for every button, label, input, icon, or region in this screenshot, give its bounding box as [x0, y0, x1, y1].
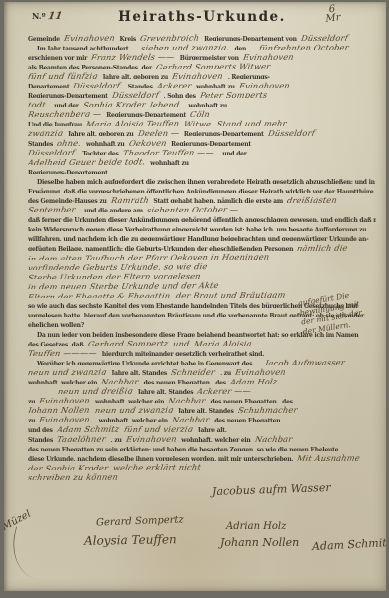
- handwritten-text: fünf und vierzig: [123, 425, 194, 432]
- handwritten-text: Gerhard Somperts Witwer: [155, 62, 271, 69]
- text-line: Regierungs-DepartementDüsseldorf, Sohn d…: [28, 88, 376, 98]
- text-line: Johann Nollenneun und zwanzigJahre alt, …: [28, 403, 376, 413]
- printed-text: Gemeinde: [28, 36, 60, 41]
- handwritten-text: Nachbar: [171, 416, 210, 423]
- printed-text: , und der: [219, 151, 247, 156]
- text-line: des neuen Ehegatten zu sein erklärten; u…: [28, 442, 376, 452]
- handwritten-text: ohne,: [56, 139, 82, 146]
- text-line: Sterbe Urkunden der Eltern vorgelesen: [28, 270, 376, 280]
- handwritten-text: neun und zwanzig: [28, 368, 107, 375]
- handwritten-text: Oekoven: [128, 139, 167, 146]
- printed-text: wohnhaft zu: [150, 160, 189, 165]
- handwritten-text: Düsseldorf: [267, 129, 315, 136]
- handwritten-text: Maria Aloisia: [193, 339, 252, 346]
- handwritten-text: Nachbar: [254, 435, 293, 442]
- signature-witness-johann: Johann Nollen: [220, 536, 299, 549]
- text-line: Worüber ich gegenwärtige Urkunde erricht…: [28, 356, 376, 366]
- printed-text: Standes: [28, 141, 53, 146]
- handwritten-text: Franz Wendels ——: [90, 53, 175, 60]
- corner-annotation-line2: Mr: [325, 13, 341, 24]
- handwritten-text: Schneider: [170, 368, 216, 375]
- handwritten-text: Evinghoven: [63, 34, 116, 41]
- document-content: N.º 11 Heiraths-Urkunde. 6 Mr GemeindeEv…: [28, 7, 376, 480]
- text-line: todt, und derSophia Kroderlebend, wohnha…: [28, 98, 376, 108]
- document-paper: N.º 11 Heiraths-Urkunde. 6 Mr GemeindeEv…: [4, 2, 386, 591]
- text-line: kein Widerspruch gegen diese Verheirathu…: [28, 222, 376, 232]
- handwritten-text: Deelen —: [137, 129, 180, 136]
- text-line: zwanzigJahre alt, geboren zuDeelen —Regi…: [28, 126, 376, 136]
- handwritten-text: Theodor Teuffen ——: [122, 148, 215, 155]
- text-line: Dieselbe haben mich aufgefordert die zwi…: [28, 174, 376, 184]
- text-line: zuEvinghoven, wohnhaft, welcher einNachb…: [28, 413, 376, 423]
- handwritten-text: zwanzig: [28, 129, 64, 136]
- handwritten-text: lebend: [150, 101, 181, 108]
- text-line: Adelheid Geuer beide todt.wohnhaft zu: [28, 155, 376, 165]
- handwritten-text: Adam Schmitz: [56, 425, 120, 432]
- handwritten-text: Evinghoven: [125, 435, 177, 442]
- text-line: Düsseldorf,Tochter desTheodor Teuffen ——…: [28, 146, 376, 156]
- handwritten-text: in dem alten Taufbuch der Pfarr Oekoven …: [28, 252, 270, 260]
- handwritten-text: Nachbar: [167, 397, 206, 404]
- handwritten-text: fünf und fünfzig: [28, 72, 98, 79]
- handwritten-text: Teuffen ————: [28, 349, 98, 356]
- text-line: wohnhaft, welcher einNachbardes neuen Eh…: [28, 375, 376, 385]
- text-line: diese Urkunde, nachdem dieselbe ihnen vo…: [28, 451, 376, 461]
- text-line: in dem neuen Sterbe Urkunde und der Akte: [28, 279, 376, 289]
- handwritten-text: Mit Ausnahme: [296, 454, 360, 461]
- text-line: Regierungs-Departement: [28, 165, 376, 175]
- handwritten-text: Ramrath: [110, 196, 149, 203]
- text-line: gefügten Beilage, namentlich: die Geburt…: [28, 241, 376, 251]
- text-line: zuEvinghovenwohnhaft, welcher einNachbar…: [28, 394, 376, 404]
- printed-text: diese Urkunde, nachdem dieselbe ihnen vo…: [28, 456, 293, 461]
- signature-witness-jacob: Jacobus aufm Wasser: [212, 481, 331, 498]
- printed-text: wohnhaft zu: [86, 141, 125, 146]
- handwritten-text: Gerhard Sompertz: [87, 339, 169, 346]
- printed-text: Regierungs-Departement: [171, 141, 251, 146]
- printed-text: Bürgermeister von: [180, 55, 239, 60]
- handwritten-text: schreiben zu können: [28, 473, 119, 480]
- handwritten-text: der Sophia Kroder, welche erklärt nicht: [28, 463, 202, 470]
- text-line: StandesTagelöhner, zuEvinghovenwohnhaft,…: [28, 432, 376, 442]
- printed-text: Standes: [28, 437, 53, 442]
- text-line: des Gemeinde-Hauses zuRamrathStatt gehab…: [28, 193, 376, 203]
- handwritten-text: Evinghoven: [171, 72, 223, 79]
- printed-text: erschienen vor mir: [28, 55, 87, 60]
- document-header: N.º 11 Heiraths-Urkunde. 6 Mr: [28, 7, 376, 31]
- signature-groom: Gerard Sompertz: [96, 514, 184, 528]
- corner-annotation: 6 Mr: [324, 4, 341, 23]
- signature-flourish: [5, 526, 50, 579]
- handwritten-text: September: [28, 206, 76, 213]
- handwritten-text: Düsseldorf: [111, 91, 159, 98]
- handwritten-text: Sophia Kroder: [82, 101, 146, 108]
- printed-text: wohnhaft, welcher ein: [181, 437, 250, 442]
- handwritten-text: siebenten October —: [146, 205, 239, 212]
- handwritten-text: nämlich die: [296, 244, 348, 251]
- signature-witness-adrian: Adrian Holz: [226, 521, 286, 532]
- printed-text: Kreis: [119, 36, 136, 41]
- handwritten-text: Reuschenberg —: [28, 110, 102, 117]
- handwritten-text: in dem neuen Sterbe Urkunde und der Akte: [28, 281, 219, 289]
- handwritten-text: neun und dreißig: [57, 387, 134, 394]
- text-line: neun und dreißigJahre alt, StandesAckere…: [28, 384, 376, 394]
- handwritten-text: Adelheid Geuer beide todt.: [28, 157, 146, 164]
- handwritten-text: dreißigsten: [286, 196, 337, 203]
- text-line: erschienen vor mirFranz Wendels ——Bürger…: [28, 50, 376, 60]
- handwritten-text: Düsseldorf,: [28, 148, 78, 155]
- handwritten-text: fünfzehnten October: [249, 43, 349, 50]
- handwritten-text: Evinghoven: [38, 397, 90, 404]
- handwritten-text: Evinghoven: [238, 81, 290, 88]
- text-line: der Sophia Kroder, welche erklärt nicht: [28, 461, 376, 471]
- scanned-marriage-certificate: { "document": { "number_label": "N.º", "…: [0, 0, 389, 598]
- handwritten-text: Nachbar: [100, 377, 139, 384]
- handwritten-text: Cöln: [189, 110, 211, 117]
- handwritten-text: Ackerer: [156, 82, 192, 89]
- printed-text: hierdurch miteinander gesetzlich verheir…: [102, 351, 264, 356]
- text-line: vorfindende Geburts Urkunde, so wie die: [28, 260, 376, 270]
- handwritten-text: und: [172, 339, 190, 346]
- handwritten-text: vorfindende Geburts Urkunde, so wie die: [28, 262, 208, 269]
- text-line: September, und die andere amsiebenten Oc…: [28, 203, 376, 213]
- text-line: GemeindeEvinghovenKreisGrevenbroichRegie…: [28, 31, 376, 41]
- text-line: des Gesetzes, daßGerhard SompertzundMari…: [28, 337, 376, 347]
- text-line: in dem alten Taufbuch der Pfarr Oekoven …: [28, 251, 376, 261]
- text-line: Und die JungfrauMaria Aloisia TeuffenWit…: [28, 117, 376, 127]
- text-line: daß ferner die Urkunden dieser Ankündigu…: [28, 212, 376, 222]
- handwritten-text: Eltern der Ehegatte & Ehegattin, der Bra…: [28, 290, 286, 298]
- text-line: als Beamten des Personen-Standes, derGer…: [28, 60, 376, 70]
- text-line: fünf und fünfzigJahre alt, geboren zuEvi…: [28, 69, 376, 79]
- handwritten-text: Johann Nollen: [28, 406, 90, 413]
- handwritten-text: sieben und zwanzig,: [132, 43, 231, 50]
- handwritten-text: Evinghoven: [234, 368, 286, 375]
- text-line: Teuffen ————hierdurch miteinander gesetz…: [28, 346, 376, 356]
- text-line: Erwägung, daß die vorgeschriebenen öffen…: [28, 184, 376, 194]
- printed-text: gefügten Beilage, namentlich: die Geburt…: [28, 246, 293, 251]
- handwritten-text: Ackerer ——: [197, 387, 253, 394]
- text-line: Standesohne,wohnhaft zuOekovenRegierungs…: [28, 136, 376, 146]
- handwritten-text: Witwe, Stand und mehr: [183, 119, 287, 126]
- text-line: und desAdam Schmitzfünf und vierzigJahre…: [28, 422, 376, 432]
- text-line: Im Jahr tausend achthundertsieben und zw…: [28, 41, 376, 51]
- text-line: neun und zwanzigJahre alt, StandesSchnei…: [28, 365, 376, 375]
- signature-witness-adam: Adam Schmitz: [312, 536, 386, 553]
- handwritten-text: Düsseldorf,: [73, 81, 124, 88]
- handwritten-text: Maria Aloisia Teuffen: [85, 119, 180, 126]
- handwritten-text: Jacob Aufmwasser: [255, 358, 346, 365]
- handwritten-text: Düsseldorf: [300, 34, 348, 41]
- handwritten-text: Grevenbroich: [139, 34, 200, 41]
- handwritten-text: Schuhmacher: [237, 406, 298, 413]
- text-line: Reuschenberg —Regierungs-DepartementCöln: [28, 107, 376, 117]
- text-line: DepartementDüsseldorf,StandesAckererwohn…: [28, 79, 376, 89]
- handwritten-text: Sterbe Urkunden der Eltern vorgelesen: [28, 272, 201, 279]
- handwritten-text: Adam Holz: [229, 377, 278, 384]
- printed-text: Regierungs-Departement von: [204, 36, 297, 41]
- handwritten-text: Peter Somperts: [199, 91, 268, 98]
- handwritten-text: Tagelöhner: [56, 435, 106, 442]
- printed-text: , zu: [111, 437, 122, 442]
- handwritten-text: Evinghoven: [38, 416, 90, 423]
- signature-bride: Aloysia Teuffen: [84, 532, 177, 548]
- handwritten-text: neun und zwanzig: [94, 406, 174, 413]
- handwritten-text: Evinghoven: [242, 53, 294, 60]
- handwritten-text: todt: [28, 101, 46, 108]
- document-lines: GemeindeEvinghovenKreisGrevenbroichRegie…: [28, 31, 376, 480]
- text-line: schreiben zu können: [28, 470, 376, 480]
- text-line: willfahren, und nachdem ich die zu gegen…: [28, 231, 376, 241]
